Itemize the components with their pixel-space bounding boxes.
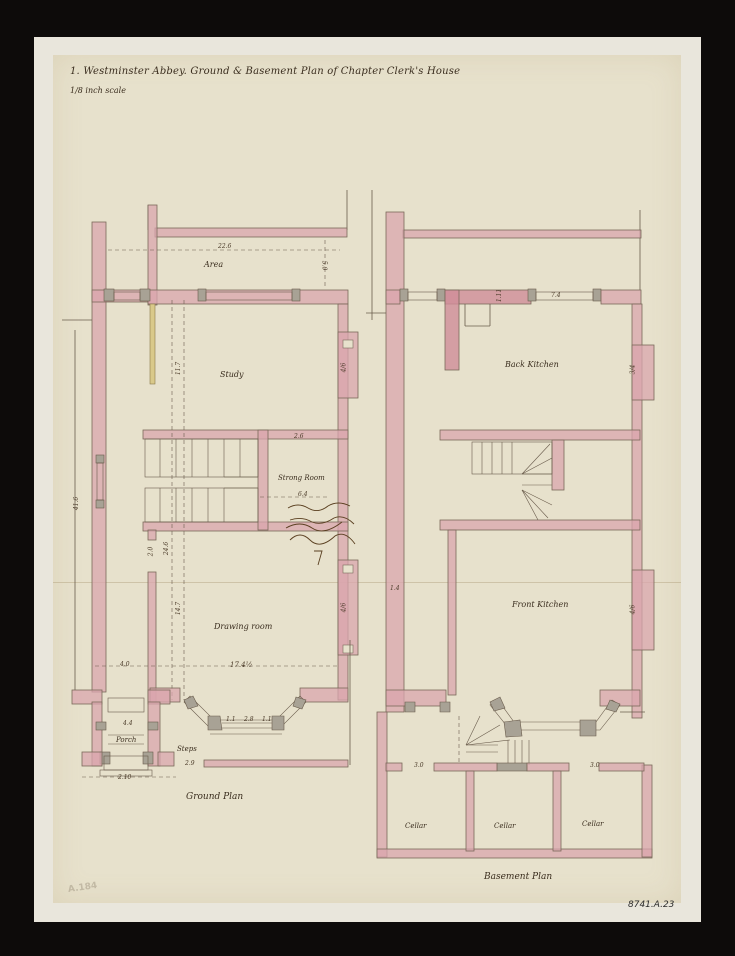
drawing-title: 1. Westminster Abbey. Ground & Basement … xyxy=(70,66,460,77)
porch xyxy=(72,690,176,777)
ground-plan-caption: Ground Plan xyxy=(186,792,243,802)
room-label-cellar-3: Cellar xyxy=(582,820,604,828)
dim-strong-room-door: 2.6 xyxy=(294,433,304,440)
dim-chimney-study: 4/6 xyxy=(340,363,347,373)
dim-chimney-drawing: 4/6 xyxy=(340,603,347,613)
dim-drawing-room-width: 17.4½ xyxy=(230,661,252,669)
dim-front-kitchen-chimney: 4/6 xyxy=(629,605,636,615)
dim-bay-pane-2: 2.8 xyxy=(244,716,254,723)
dim-area-width: 22.6 xyxy=(218,243,231,250)
dim-cellar-door-2: 3.0 xyxy=(590,762,600,769)
room-label-back-kitchen: Back Kitchen xyxy=(505,360,559,369)
room-label-study: Study xyxy=(220,370,244,379)
dim-study-depth: 11.7 xyxy=(175,362,182,375)
accession-number: 8741.A.23 xyxy=(628,900,674,910)
dim-drawing-room-depth: 14.7 xyxy=(175,602,182,615)
room-label-steps: Steps xyxy=(177,745,197,753)
dim-bay-pane-1: 1.1 xyxy=(226,716,236,723)
dim-passage-width: 4.0 xyxy=(120,661,130,668)
floor-plans-drawing: .w { fill: #d9a5ad; fill-opacity: 0.75; … xyxy=(0,0,735,956)
dim-bay-pane-3: 1.1 xyxy=(262,716,272,723)
dim-area-depth: 5.0 xyxy=(320,261,327,271)
dim-pier: 2.0 xyxy=(147,547,154,557)
ground-plan xyxy=(62,190,358,777)
dim-window-1: 1.11 xyxy=(496,289,503,302)
ground-stairs xyxy=(145,439,258,522)
basement-plan xyxy=(366,190,654,858)
room-label-porch: Porch xyxy=(116,736,136,744)
room-label-cellar-2: Cellar xyxy=(494,822,516,830)
room-label-area: Area xyxy=(204,260,223,269)
dim-back-kitchen-chimney: 3/4 xyxy=(629,365,636,375)
dim-porch-front: 2.10 xyxy=(118,774,131,781)
dim-stair-depth: 24.6 xyxy=(163,542,170,555)
dim-steps: 2.9 xyxy=(185,760,195,767)
bay-window xyxy=(150,688,348,734)
dim-porch-width: 4.4 xyxy=(123,720,133,727)
dim-overall-depth: 41.6 xyxy=(73,497,80,510)
basement-bay xyxy=(386,690,640,737)
room-label-front-kitchen: Front Kitchen xyxy=(512,600,568,609)
basement-stairs xyxy=(472,442,552,520)
room-label-strong-room: Strong Room xyxy=(278,474,325,482)
dim-cellar-door-1: 3.0 xyxy=(414,762,424,769)
dim-strong-room-width: 6.4 xyxy=(298,491,308,498)
room-label-cellar-1: Cellar xyxy=(405,822,427,830)
dim-window-2: 7.4 xyxy=(551,292,561,299)
scale-note: 1/8 inch scale xyxy=(70,86,126,95)
room-label-drawing-room: Drawing room xyxy=(214,622,272,631)
basement-plan-caption: Basement Plan xyxy=(484,872,552,882)
dim-wall: 1.4 xyxy=(390,585,400,592)
